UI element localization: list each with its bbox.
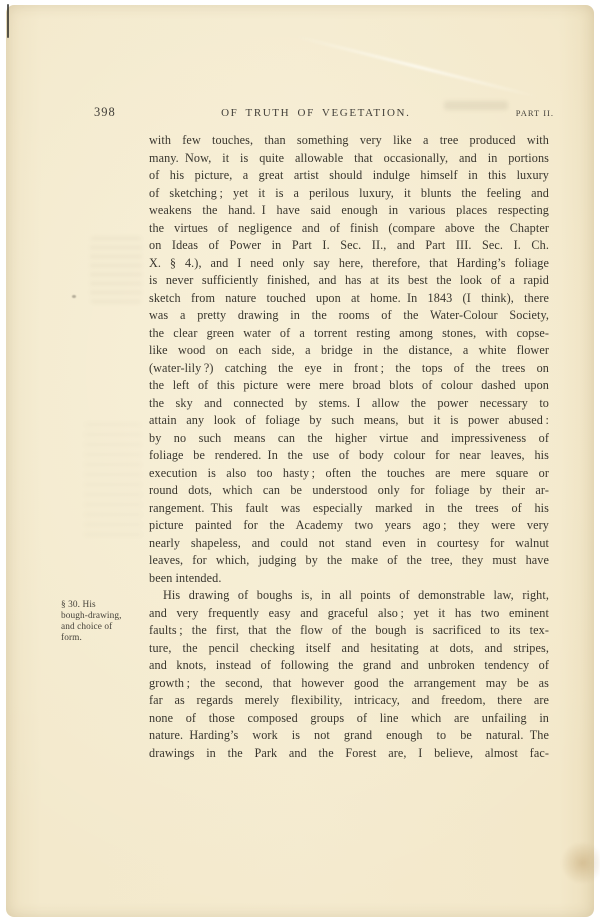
- text-line: none of those composed groups of line wh…: [149, 710, 549, 728]
- running-title: OF TRUTH OF VEGETATION.: [221, 107, 410, 119]
- showthrough-ghost-text: [444, 101, 508, 110]
- text-line: His drawing of boughs is, in all points …: [149, 587, 549, 605]
- text-line: been intended.: [149, 570, 549, 588]
- text-line: was a pretty drawing in the rooms of the…: [149, 307, 549, 325]
- text-line: with few touches, than something very li…: [149, 132, 549, 150]
- page-number: 398: [94, 105, 116, 120]
- text-line: like wood on each side, a bridge in the …: [149, 342, 549, 360]
- text-line: on Ideas of Power in Part I. Sec. II., a…: [149, 237, 549, 255]
- text-line: ture, the pencil checking itself and hes…: [149, 640, 549, 658]
- scan-edge-mark: [7, 4, 9, 38]
- text-line: foliage be rendered. In the use of body …: [149, 447, 549, 465]
- text-line: rangement. This fault was especially mar…: [149, 500, 549, 518]
- text-line: the sky and connected by stems. I allow …: [149, 395, 549, 413]
- text-line: of sketching ; yet it is a perilous luxu…: [149, 185, 549, 203]
- part-label: PART II.: [516, 108, 554, 118]
- text-line: the virtues of negligence and of finish …: [149, 220, 549, 238]
- paper-stain: [556, 843, 600, 883]
- text-line: nearly shapeless, and could not stand ev…: [149, 535, 549, 553]
- body-text: with few touches, than something very li…: [149, 132, 549, 762]
- margin-note-line: § 30. His: [61, 600, 149, 611]
- book-page: 398 OF TRUTH OF VEGETATION. PART II. § 3…: [6, 5, 594, 917]
- text-line: far as regards merely flexibility, intri…: [149, 692, 549, 710]
- text-line: (water-lily ?) catching the eye in front…: [149, 360, 549, 378]
- text-line: X. § 4.), and I need only say here, ther…: [149, 255, 549, 273]
- text-line: faults ; the first, that the flow of the…: [149, 622, 549, 640]
- text-line: execution is also too hasty ; often the …: [149, 465, 549, 483]
- paper-speck: [72, 295, 76, 298]
- text-line: round dots, which can be understood only…: [149, 482, 549, 500]
- text-line: many. Now, it is quite allowable that oc…: [149, 150, 549, 168]
- margin-note-line: form.: [61, 633, 149, 644]
- text-line: growth ; the second, that however good t…: [149, 675, 549, 693]
- margin-note: § 30. Hisbough-drawing,and choice ofform…: [61, 600, 149, 644]
- text-line: by no such means can the higher virtue a…: [149, 430, 549, 448]
- text-line: is never sufficiently finished, and has …: [149, 272, 549, 290]
- text-line: sketch from nature touched upon at home.…: [149, 290, 549, 308]
- showthrough-ghost-text: [90, 237, 142, 303]
- scan-background: { "page": { "number": "398", "running_ti…: [0, 0, 600, 922]
- text-line: the clear green water of a torrent resti…: [149, 325, 549, 343]
- showthrough-ghost-text: [84, 423, 142, 543]
- text-line: of his picture, a great artist should in…: [149, 167, 549, 185]
- text-line: and very frequently easy and graceful al…: [149, 605, 549, 623]
- margin-note-line: bough-drawing,: [61, 611, 149, 622]
- text-line: weakens the hand. I have said enough in …: [149, 202, 549, 220]
- text-line: nature. Harding’s work is not grand enou…: [149, 727, 549, 745]
- text-line: and knots, instead of following the gran…: [149, 657, 549, 675]
- margin-note-line: and choice of: [61, 622, 149, 633]
- text-line: leaves, for which, judging by the make o…: [149, 552, 549, 570]
- text-line: the left of this picture were mere broad…: [149, 377, 549, 395]
- paper-crease: [296, 35, 539, 98]
- text-line: attain any look of foliage by such means…: [149, 412, 549, 430]
- text-line: drawings in the Park and the Forest are,…: [149, 745, 549, 763]
- text-line: picture painted for the Academy two year…: [149, 517, 549, 535]
